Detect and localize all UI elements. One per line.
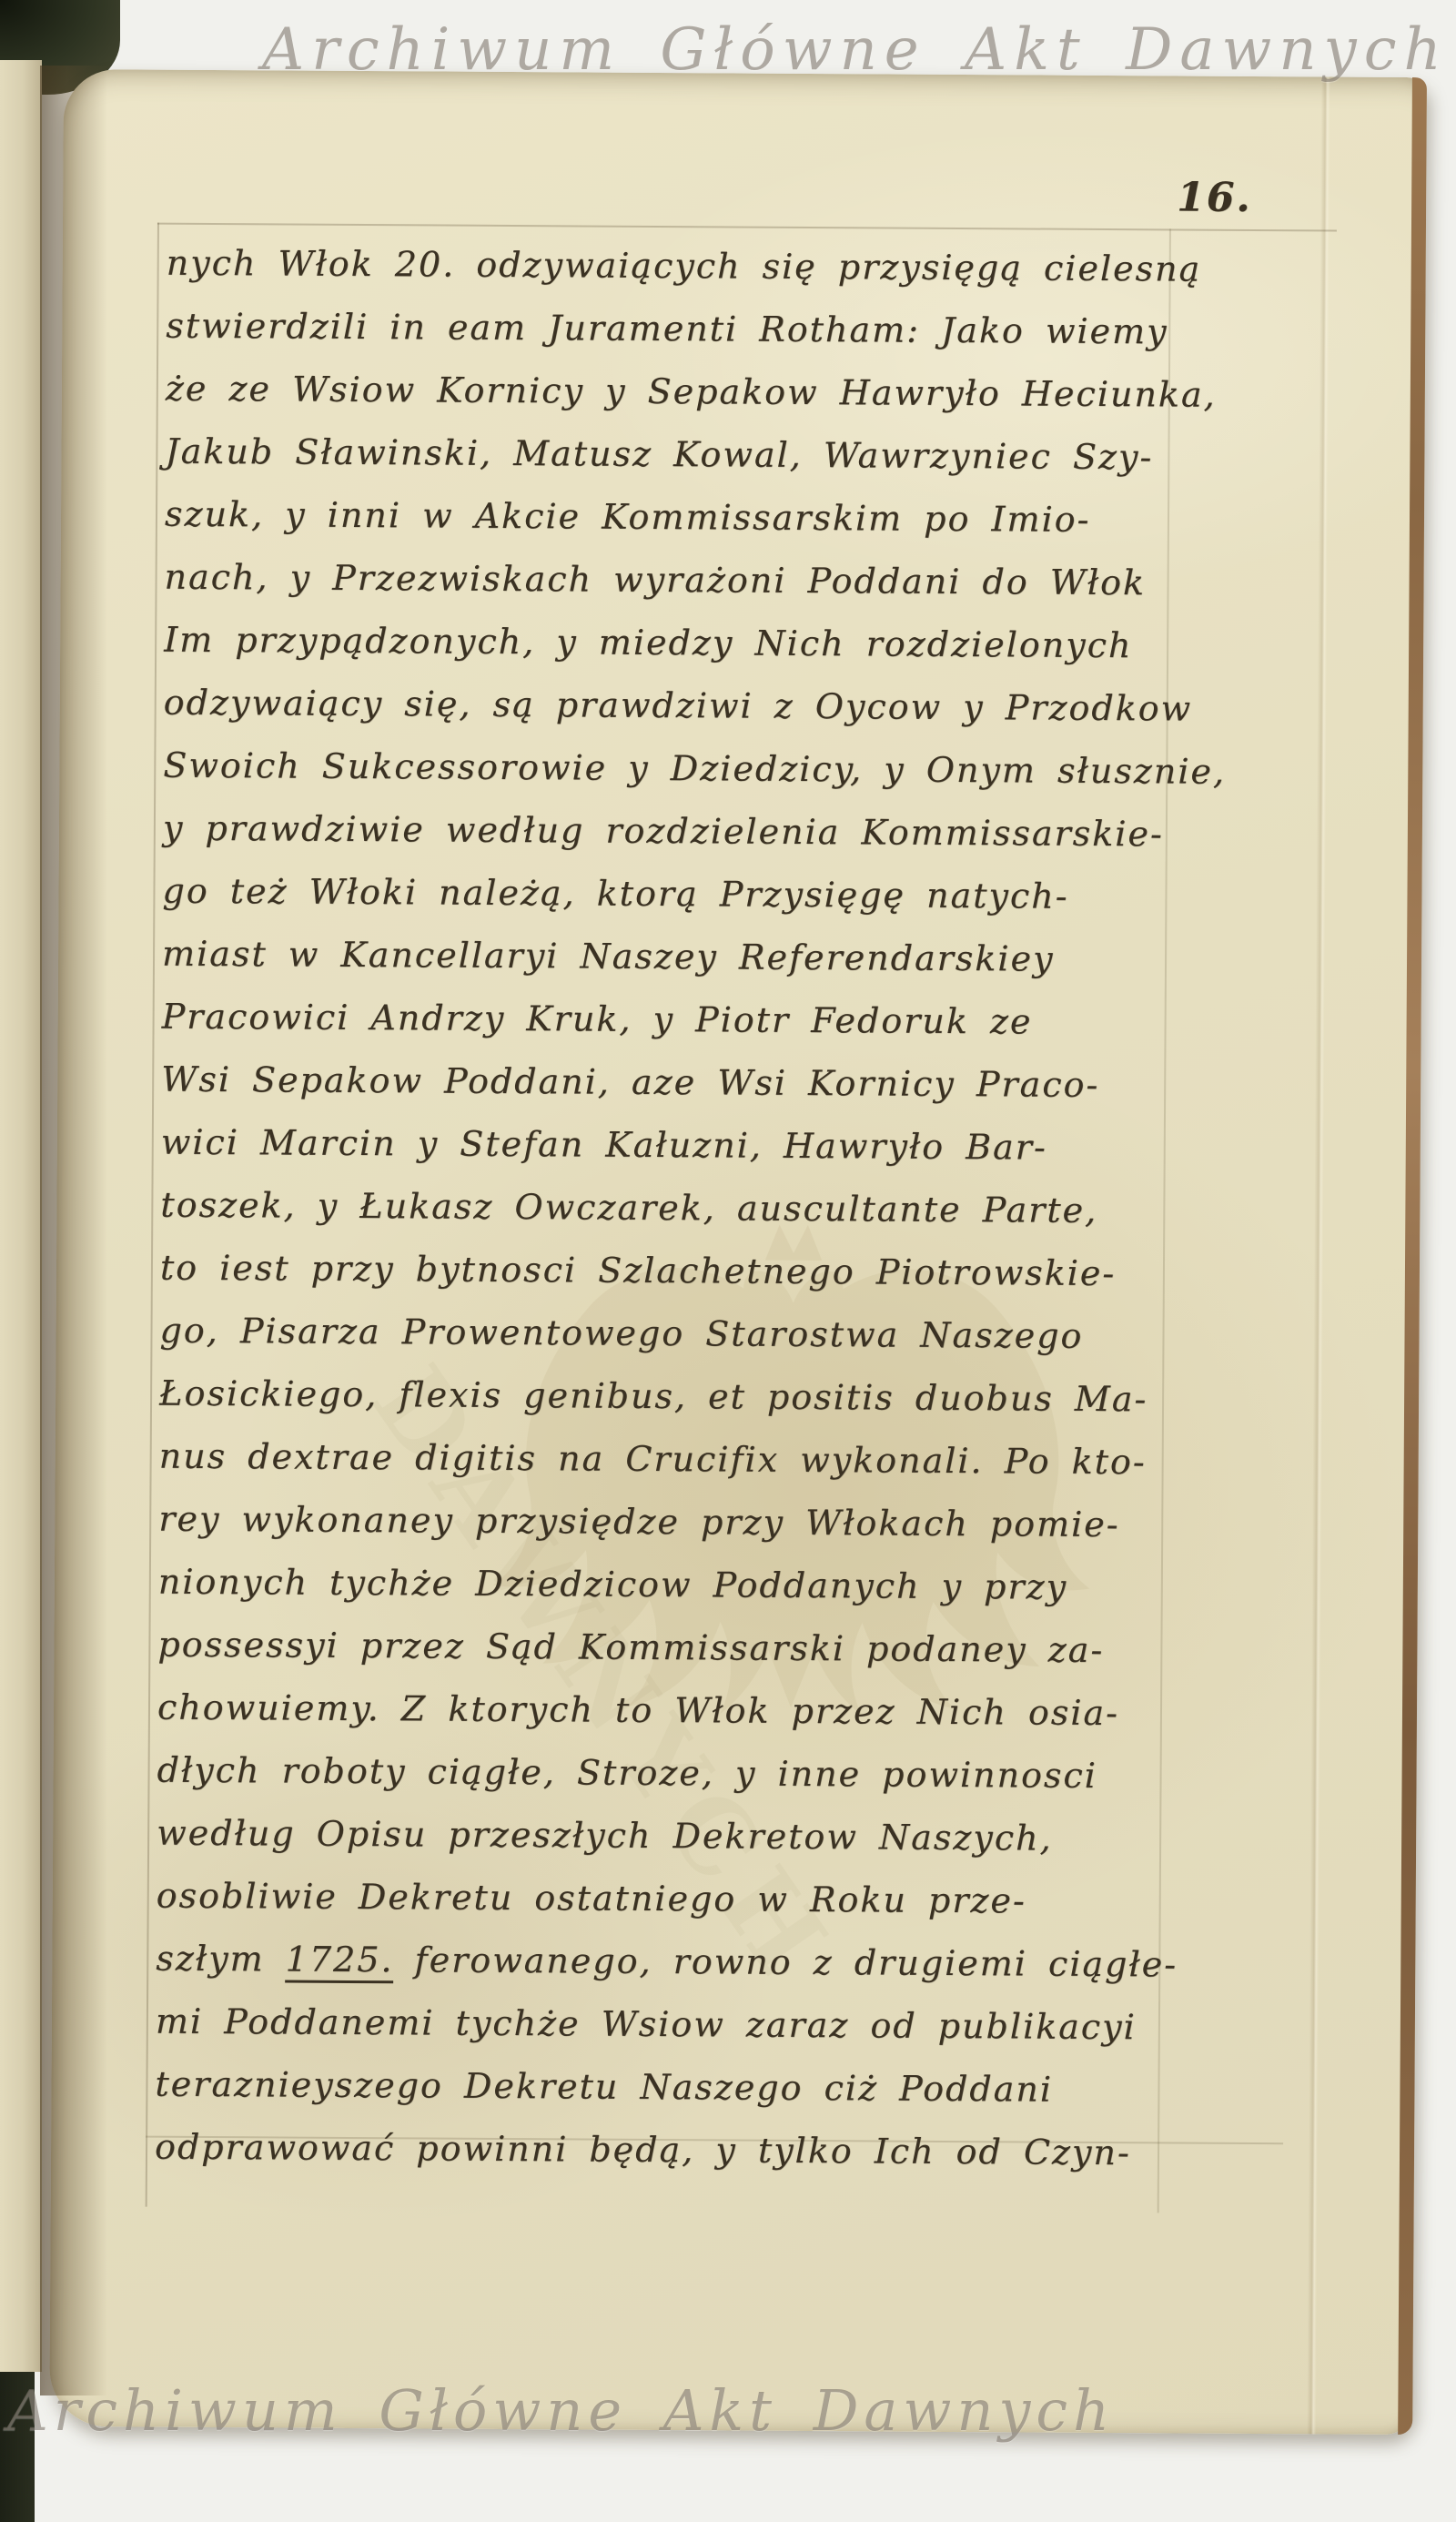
manuscript-line: to iest przy bytnosci Szlachetnego Piotr… [160, 1237, 1343, 1307]
manuscript-line: wici Marcin y Stefan Kałuzni, Hawryło Ba… [161, 1111, 1344, 1181]
manuscript-line: nych Włok 20. odzywaiących się przysięgą… [166, 232, 1349, 302]
manuscript-line: nus dextrae digitis na Crucifix wykonali… [158, 1425, 1341, 1495]
manuscript-line: szuk, y inni w Akcie Kommissarskim po Im… [165, 483, 1348, 553]
manuscript-line: go też Włoki należą, ktorą Przysięgę nat… [162, 860, 1345, 930]
manuscript-line: szłym 1725. ferowanego, rowno z drugiemi… [156, 1928, 1339, 1998]
manuscript-line: y prawdziwie według rozdzielenia Kommiss… [163, 797, 1346, 867]
margin-rule-top [157, 223, 1337, 232]
manuscript-line: odprawować powinni będą, y tylko Ich od … [155, 2116, 1338, 2186]
archive-watermark-bottom: Archiwum Główne Akt Dawnych [7, 2377, 1115, 2444]
manuscript-line: Pracowici Andrzy Kruk, y Piotr Fedoruk z… [161, 986, 1344, 1056]
manuscript-text: nych Włok 20. odzywaiących się przysięgą… [155, 232, 1350, 2186]
manuscript-line: Swoich Sukcessorowie y Dziedzicy, y Onym… [163, 734, 1346, 805]
manuscript-line: nionych tychże Dziedzicow Poddanych y pr… [158, 1551, 1341, 1621]
manuscript-line: toszek, y Łukasz Owczarek, auscultante P… [160, 1174, 1343, 1244]
manuscript-page: DAWNYCH 16. nych Włok 20. odzywaiących s… [49, 69, 1427, 2435]
manuscript-line: odzywaiący się, są prawdziwi z Oycow y P… [164, 672, 1347, 742]
page-number: 16. [1177, 174, 1252, 221]
manuscript-line: Im przypądzonych, y miedzy Nich rozdziel… [164, 609, 1347, 679]
manuscript-line: teraznieyszego Dekretu Naszego ciż Podda… [155, 2053, 1338, 2123]
manuscript-line: dłych roboty ciągłe, Stroze, y inne powi… [157, 1739, 1340, 1809]
manuscript-line: Wsi Sepakow Poddani, aze Wsi Kornicy Pra… [161, 1048, 1344, 1119]
manuscript-line: że ze Wsiow Kornicy y Sepakow Hawryło He… [166, 358, 1349, 428]
archive-watermark-top: Archiwum Główne Akt Dawnych [262, 16, 1449, 84]
manuscript-line: mi Poddanemi tychże Wsiow zaraz od publi… [156, 1990, 1339, 2061]
manuscript-line: według Opisu przeszłych Dekretow Naszych… [157, 1802, 1340, 1872]
underlined-year: 1725. [286, 1940, 394, 1984]
manuscript-line: nach, y Przezwiskach wyrażoni Poddani do… [164, 546, 1347, 616]
manuscript-line: osobliwie Dekretu ostatniego w Roku prze… [157, 1865, 1340, 1935]
manuscript-line: stwierdzili in eam Juramenti Rotham: Jak… [166, 295, 1349, 365]
facing-page-edge [0, 60, 42, 2372]
manuscript-line: go, Pisarza Prowentowego Starostwa Nasze… [159, 1300, 1342, 1370]
manuscript-line: Jakub Sławinski, Matusz Kowal, Wawrzynie… [165, 420, 1348, 491]
manuscript-line: Łosickiego, flexis genibus, et positis d… [159, 1362, 1342, 1433]
manuscript-line: rey wykonaney przysiędze przy Włokach po… [158, 1488, 1341, 1558]
page-deckle-edge [1398, 77, 1427, 2435]
gutter-shadow [40, 66, 107, 2395]
manuscript-line: chowuiemy. Z ktorych to Włok przez Nich … [157, 1676, 1340, 1747]
manuscript-line: miast w Kancellaryi Naszey Referendarski… [162, 923, 1345, 993]
manuscript-line: possessyi przez Sąd Kommissarski podaney… [157, 1614, 1340, 1684]
